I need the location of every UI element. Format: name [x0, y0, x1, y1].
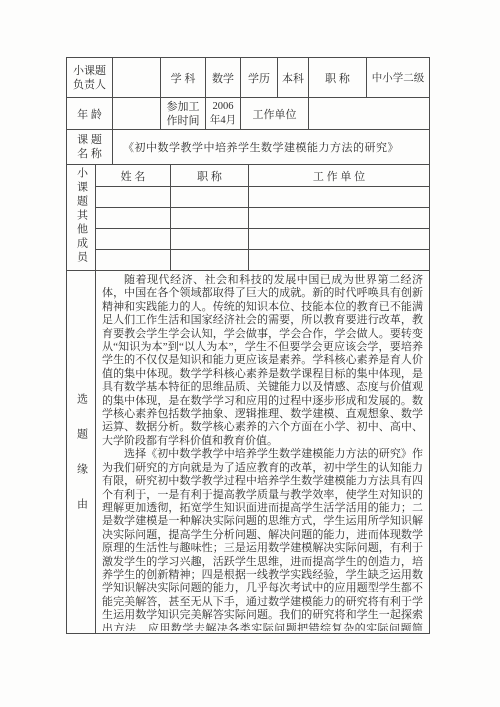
- age-field[interactable]: [113, 98, 161, 130]
- member-row: [67, 250, 430, 271]
- reason-paragraph-2: 选择《初中数学教学中培养学生数学建模能力方法的研究》作为我们研究的方向就是为了适…: [102, 448, 423, 631]
- reason-paragraph-1: 随着现代经济、社会和科技的发展中国已成为世界第二经济体，中国在各个领域都取得了巨…: [102, 274, 423, 448]
- member-unit-field[interactable]: [249, 229, 430, 250]
- subject-label: 学 科: [161, 58, 206, 98]
- member-name-field[interactable]: [96, 229, 171, 250]
- member-row: [67, 208, 430, 229]
- member-row: [67, 229, 430, 250]
- members-table: 小课题其他成员 姓 名 职 称 工 作 单 位: [66, 164, 430, 271]
- jobtitle-label: 职 称: [309, 58, 367, 98]
- leader-label: 小课题 负责人: [67, 58, 113, 98]
- member-unit-field[interactable]: [249, 208, 430, 229]
- workunit-field[interactable]: [309, 98, 430, 130]
- jobtitle-value: 中小学二级: [367, 58, 430, 98]
- members-section-label-text: 小课题其他成员: [68, 167, 95, 265]
- member-title-field[interactable]: [171, 187, 249, 208]
- reason-text-cell: 随着现代经济、社会和科技的发展中国已成为世界第二经济体，中国在各个领域都取得了巨…: [96, 271, 430, 634]
- member-name-field[interactable]: [96, 187, 171, 208]
- member-title-field[interactable]: [171, 250, 249, 271]
- project-application-form: 小课题 负责人 学 科 数学 学历 本科 职 称 中小学二级 年 龄 参加工 作…: [66, 57, 429, 634]
- education-value: 本科: [278, 58, 309, 98]
- member-name-field[interactable]: [96, 250, 171, 271]
- reason-section-label: 选题缘由: [67, 271, 96, 634]
- reason-text-block: 随着现代经济、社会和科技的发展中国已成为世界第二经济体，中国在各个领域都取得了巨…: [102, 274, 423, 631]
- reason-table: 选题缘由 随着现代经济、社会和科技的发展中国已成为世界第二经济体，中国在各个领域…: [66, 270, 430, 634]
- reason-section-label-text: 选题缘由: [68, 393, 95, 533]
- leader-name-field[interactable]: [113, 58, 161, 98]
- member-unit-field[interactable]: [249, 187, 430, 208]
- topic-name-value: 《初中数学教学中培养学生数学建模能力方法的研究》: [113, 130, 430, 165]
- subject-value: 数学: [206, 58, 241, 98]
- topic-name-label: 课 题 名 称: [67, 130, 113, 165]
- age-label: 年 龄: [67, 98, 113, 130]
- member-row: [67, 187, 430, 208]
- members-section-label: 小课题其他成员: [67, 165, 96, 271]
- education-label: 学历: [241, 58, 278, 98]
- member-title-field[interactable]: [171, 208, 249, 229]
- members-col-title: 职 称: [171, 165, 249, 187]
- worktime-label: 参加工 作时间: [161, 98, 206, 130]
- members-col-name: 姓 名: [96, 165, 171, 187]
- header-table: 小课题 负责人 学 科 数学 学历 本科 职 称 中小学二级 年 龄 参加工 作…: [66, 57, 430, 165]
- member-title-field[interactable]: [171, 229, 249, 250]
- members-col-unit: 工 作 单 位: [249, 165, 430, 187]
- member-unit-field[interactable]: [249, 250, 430, 271]
- worktime-value: 2006 年4月: [206, 98, 241, 130]
- workunit-label: 工作单位: [241, 98, 309, 130]
- member-name-field[interactable]: [96, 208, 171, 229]
